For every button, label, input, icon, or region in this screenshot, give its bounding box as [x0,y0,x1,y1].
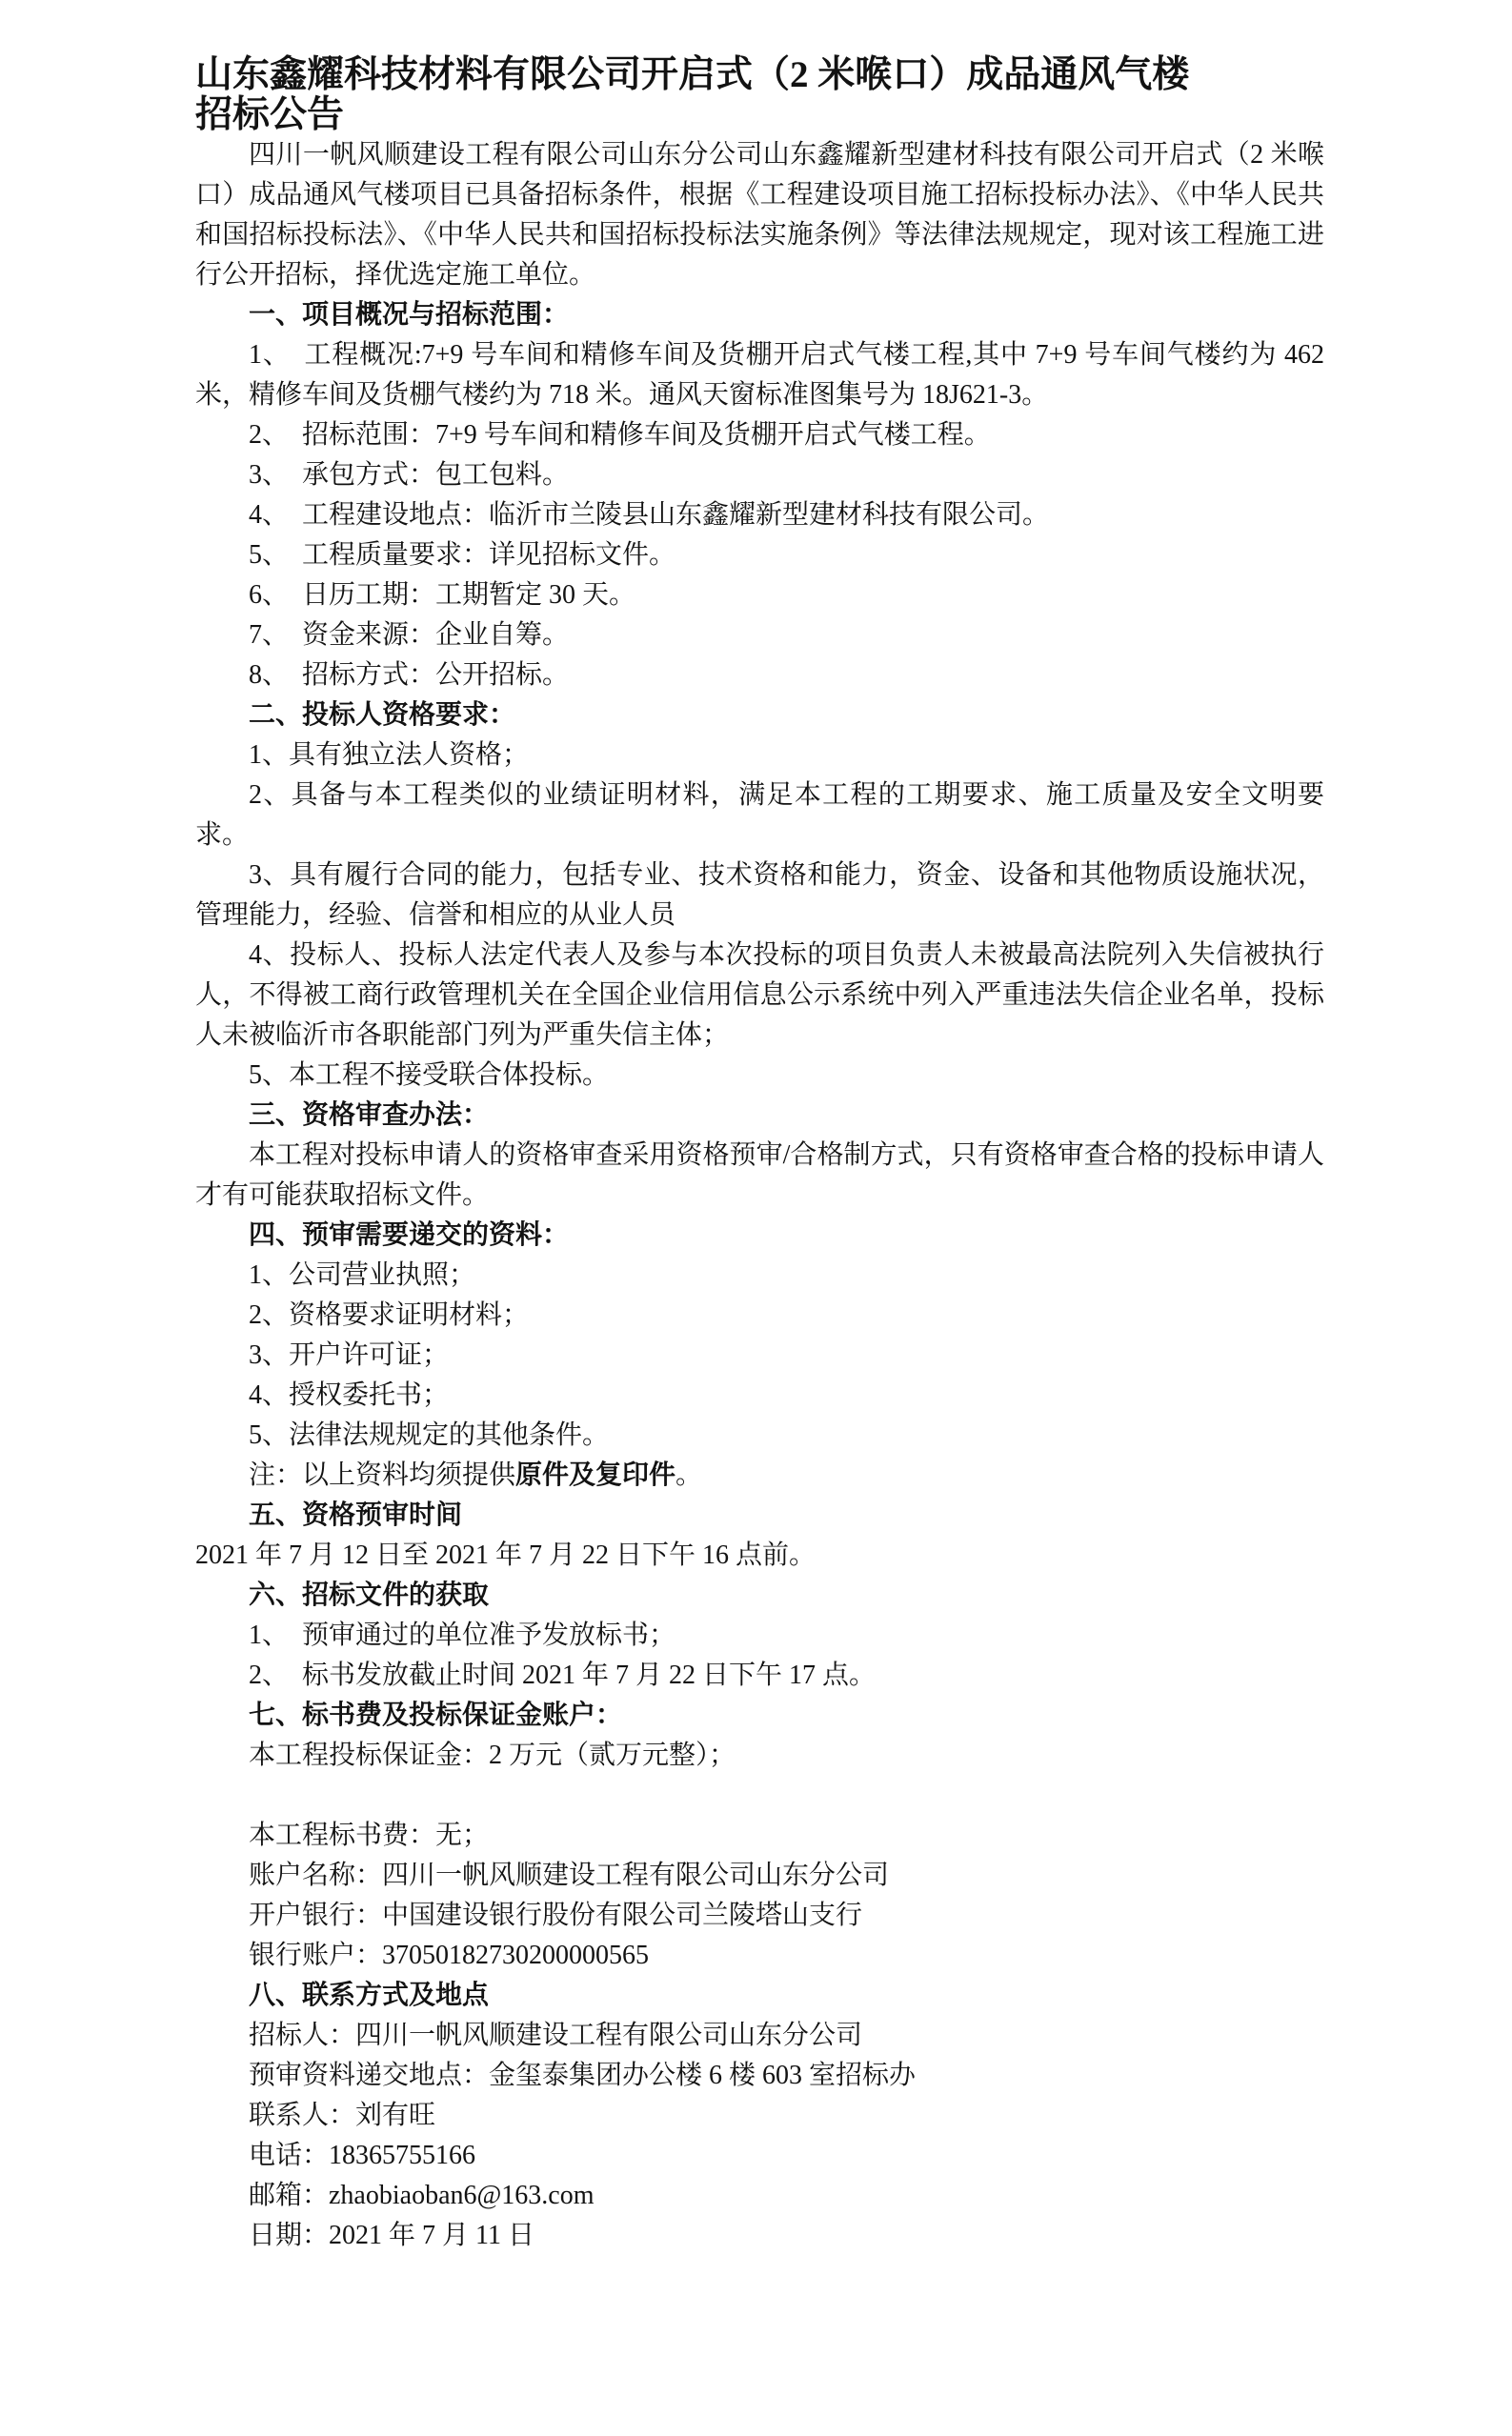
paragraph: 5、本工程不接受联合体投标。 [195,1056,1324,1096]
text-run: 1、 工程概况:7+9 号车间和精修车间及货棚开启式气楼工程,其中 7+9 号车… [195,340,1324,410]
text-run: 邮箱：zhaobiaoban6@163.com [249,2181,594,2210]
text-run: 2、资格要求证明材料； [249,1300,529,1330]
contact-info-line: 电话：18365755166 [195,2136,1324,2176]
contact-info-line: 预审资料递交地点：金玺泰集团办公楼 6 楼 603 室招标办 [195,2056,1324,2096]
paragraph: 2、 招标范围：7+9 号车间和精修车间及货棚开启式气楼工程。 [195,415,1324,455]
text-run: 开户银行：中国建设银行股份有限公司兰陵塔山支行 [249,1901,862,1930]
text-run: 注：以上资料均须提供 [249,1460,515,1490]
section-heading: 一、项目概况与招标范围： [195,295,1324,335]
paragraph: 5、 工程质量要求：详见招标文件。 [195,535,1324,575]
paragraph: 1、具有独立法人资格； [195,735,1324,775]
text-run: 2、具备与本工程类似的业绩证明材料，满足本工程的工期要求、施工质量及安全文明要求… [195,780,1324,850]
text-run: 招标人：四川一帆风顺建设工程有限公司山东分公司 [249,2021,862,2050]
text-run: 8、 招标方式：公开招标。 [249,660,569,690]
text-run: 4、 工程建设地点：临沂市兰陵县山东鑫耀新型建材科技有限公司。 [249,500,1049,530]
text-run: 联系人：刘有旺 [249,2101,435,2130]
bold-text-run: 山东鑫耀科技材料有限公司开启式（2 米喉口）成品通风气楼 [195,54,1189,95]
paragraph: 2021 年 7 月 12 日至 2021 年 7 月 22 日下午 16 点前… [195,1536,1324,1576]
section-heading: 四、预审需要递交的资料： [195,1216,1324,1256]
paragraph: 1、 预审通过的单位准予发放标书； [195,1616,1324,1656]
paragraph: 2、资格要求证明材料； [195,1296,1324,1336]
bold-text-run: 七、标书费及投标保证金账户： [249,1701,622,1730]
bold-text-run: 三、资格审查办法： [249,1100,489,1130]
text-run: 5、 工程质量要求：详见招标文件。 [249,540,675,570]
text-run: 2021 年 7 月 12 日至 2021 年 7 月 22 日下午 16 点前… [195,1540,816,1570]
section-heading: 八、联系方式及地点 [195,1976,1324,2016]
text-run: 四川一帆风顺建设工程有限公司山东分公司山东鑫耀新型建材科技有限公司开启式（2 米… [195,140,1324,290]
text-run: 3、 承包方式：包工包料。 [249,460,569,490]
text-run: 。 [675,1460,702,1490]
text-run: 6、 日历工期：工期暂定 30 天。 [249,580,635,610]
bank-info-line: 开户银行：中国建设银行股份有限公司兰陵塔山支行 [195,1896,1324,1936]
text-run: 本工程投标保证金：2 万元（贰万元整）； [249,1741,736,1770]
paragraph: 5、法律法规规定的其他条件。 [195,1416,1324,1456]
bold-text-run: 六、招标文件的获取 [249,1580,489,1610]
paragraph: 1、 工程概况:7+9 号车间和精修车间及货棚开启式气楼工程,其中 7+9 号车… [195,335,1324,415]
text-run: 7、 资金来源：企业自筹。 [249,620,569,650]
paragraph: 8、 招标方式：公开招标。 [195,655,1324,695]
paragraph: 4、 工程建设地点：临沂市兰陵县山东鑫耀新型建材科技有限公司。 [195,495,1324,535]
text-run: 5、本工程不接受联合体投标。 [249,1060,609,1090]
section-heading: 二、投标人资格要求： [195,695,1324,735]
paragraph: 2、 标书发放截止时间 2021 年 7 月 22 日下午 17 点。 [195,1656,1324,1696]
document-subtitle: 招标公告 [195,95,1324,135]
text-run: 1、具有独立法人资格； [249,740,529,770]
bold-text-run: 一、项目概况与招标范围： [249,300,569,330]
document-page: 山东鑫耀科技材料有限公司开启式（2 米喉口）成品通风气楼招标公告四川一帆风顺建设… [0,0,1512,2436]
paragraph: 3、开户许可证； [195,1336,1324,1376]
bold-text-run: 二、投标人资格要求： [249,700,515,730]
text-run: 银行账户：37050182730200000565 [249,1941,649,1970]
bold-text-run: 八、联系方式及地点 [249,1981,489,2010]
paragraph: 3、 承包方式：包工包料。 [195,455,1324,495]
bold-text-run: 四、预审需要递交的资料： [249,1220,569,1250]
text-run: 2、 标书发放截止时间 2021 年 7 月 22 日下午 17 点。 [249,1661,876,1690]
text-run: 账户名称：四川一帆风顺建设工程有限公司山东分公司 [249,1861,889,1890]
text-run: 预审资料递交地点：金玺泰集团办公楼 6 楼 603 室招标办 [249,2061,916,2090]
document-title: 山东鑫耀科技材料有限公司开启式（2 米喉口）成品通风气楼 [195,55,1324,95]
text-run: 2、 招标范围：7+9 号车间和精修车间及货棚开启式气楼工程。 [249,420,991,450]
bank-info-line: 本工程标书费：无； [195,1816,1324,1856]
text-run: 1、 预审通过的单位准予发放标书； [249,1621,675,1650]
text-run: 日期：2021 年 7 月 11 日 [249,2221,534,2250]
text-run: 3、开户许可证； [249,1340,449,1370]
paragraph: 本工程投标保证金：2 万元（贰万元整）； [195,1736,1324,1776]
bank-info-line: 银行账户：37050182730200000565 [195,1936,1324,1976]
paragraph: 本工程对投标申请人的资格审查采用资格预审/合格制方式，只有资格审查合格的投标申请… [195,1136,1324,1216]
text-run: 本工程标书费：无； [249,1821,489,1850]
text-run: 3、具有履行合同的能力，包括专业、技术资格和能力，资金、设备和其他物质设施状况，… [195,860,1324,930]
text-run: 4、投标人、投标人法定代表人及参与本次投标的项目负责人未被最高法院列入失信被执行… [195,940,1324,1050]
blank-line-spacer [195,1776,1324,1816]
paragraph: 6、 日历工期：工期暂定 30 天。 [195,575,1324,615]
text-run: 本工程对投标申请人的资格审查采用资格预审/合格制方式，只有资格审查合格的投标申请… [195,1140,1324,1210]
contact-info-line: 邮箱：zhaobiaoban6@163.com [195,2176,1324,2216]
text-run: 5、法律法规规定的其他条件。 [249,1420,609,1450]
text-run: 1、公司营业执照； [249,1260,475,1290]
paragraph: 2、具备与本工程类似的业绩证明材料，满足本工程的工期要求、施工质量及安全文明要求… [195,775,1324,856]
paragraph: 四川一帆风顺建设工程有限公司山东分公司山东鑫耀新型建材科技有限公司开启式（2 米… [195,135,1324,295]
paragraph: 4、授权委托书； [195,1376,1324,1416]
note-line: 注：以上资料均须提供原件及复印件。 [195,1456,1324,1496]
bold-text-run: 招标公告 [195,94,344,135]
contact-info-line: 招标人：四川一帆风顺建设工程有限公司山东分公司 [195,2016,1324,2056]
section-heading: 七、标书费及投标保证金账户： [195,1696,1324,1736]
text-run: 电话：18365755166 [249,2141,475,2170]
section-heading: 六、招标文件的获取 [195,1576,1324,1616]
text-run: 4、授权委托书； [249,1380,449,1410]
section-heading: 三、资格审查办法： [195,1096,1324,1136]
paragraph: 1、公司营业执照； [195,1256,1324,1296]
paragraph: 4、投标人、投标人法定代表人及参与本次投标的项目负责人未被最高法院列入失信被执行… [195,936,1324,1056]
contact-info-line: 联系人：刘有旺 [195,2096,1324,2136]
bold-text-run: 五、资格预审时间 [249,1500,462,1530]
bank-info-line: 账户名称：四川一帆风顺建设工程有限公司山东分公司 [195,1856,1324,1896]
paragraph: 3、具有履行合同的能力，包括专业、技术资格和能力，资金、设备和其他物质设施状况，… [195,856,1324,936]
paragraph: 7、 资金来源：企业自筹。 [195,615,1324,655]
bold-text-run: 原件及复印件 [515,1460,675,1490]
document-body: 山东鑫耀科技材料有限公司开启式（2 米喉口）成品通风气楼招标公告四川一帆风顺建设… [195,55,1324,2256]
section-heading: 五、资格预审时间 [195,1496,1324,1536]
contact-info-line: 日期：2021 年 7 月 11 日 [195,2216,1324,2256]
